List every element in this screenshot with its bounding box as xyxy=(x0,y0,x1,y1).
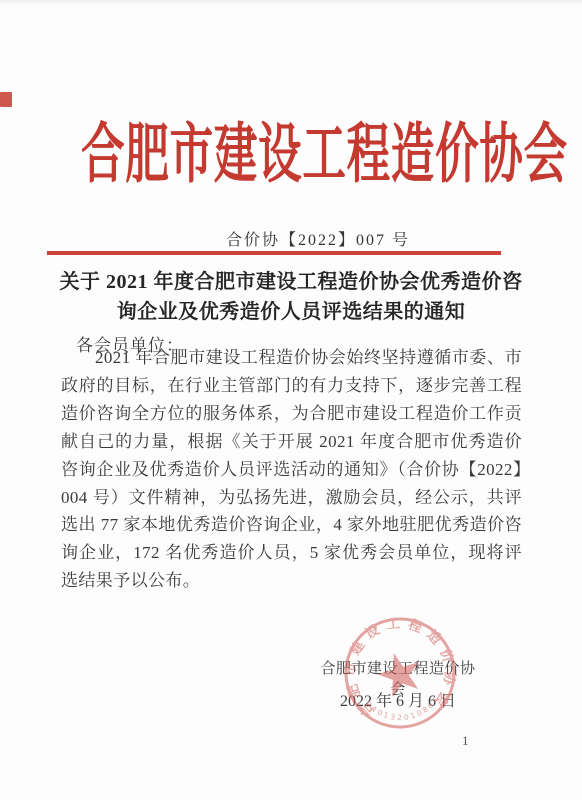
scan-edge-artifact xyxy=(0,0,582,6)
page-number: 1 xyxy=(462,733,469,749)
official-seal-stamp: 合肥市建设工程造价协会 3401320108641 xyxy=(325,598,475,748)
document-number: 合价协【2022】007 号 xyxy=(54,227,582,250)
notice-title: 关于 2021 年度合肥市建设工程造价协会优秀造价咨 询企业及优秀造价人员评选结… xyxy=(0,268,582,327)
masthead-title: 合肥市建设工程造价协会 xyxy=(81,101,568,195)
notice-title-line1: 关于 2021 年度合肥市建设工程造价协会优秀造价咨 xyxy=(0,268,582,298)
seal-star-icon xyxy=(373,647,427,699)
masthead: 合肥市建设工程造价协会 xyxy=(0,101,582,185)
notice-title-line2: 询企业及优秀造价人员评选结果的通知 xyxy=(0,298,582,328)
seal-serial-number: 3401320108641 xyxy=(325,598,443,728)
scanned-document-page: 合肥市建设工程造价协会 合价协【2022】007 号 关于 2021 年度合肥市… xyxy=(0,0,582,800)
red-divider-rule xyxy=(47,251,501,255)
body-paragraph: 2021 年合肥市建设工程造价协会始终坚持遵循市委、市政府的目标，在行业主管部门… xyxy=(61,344,522,595)
